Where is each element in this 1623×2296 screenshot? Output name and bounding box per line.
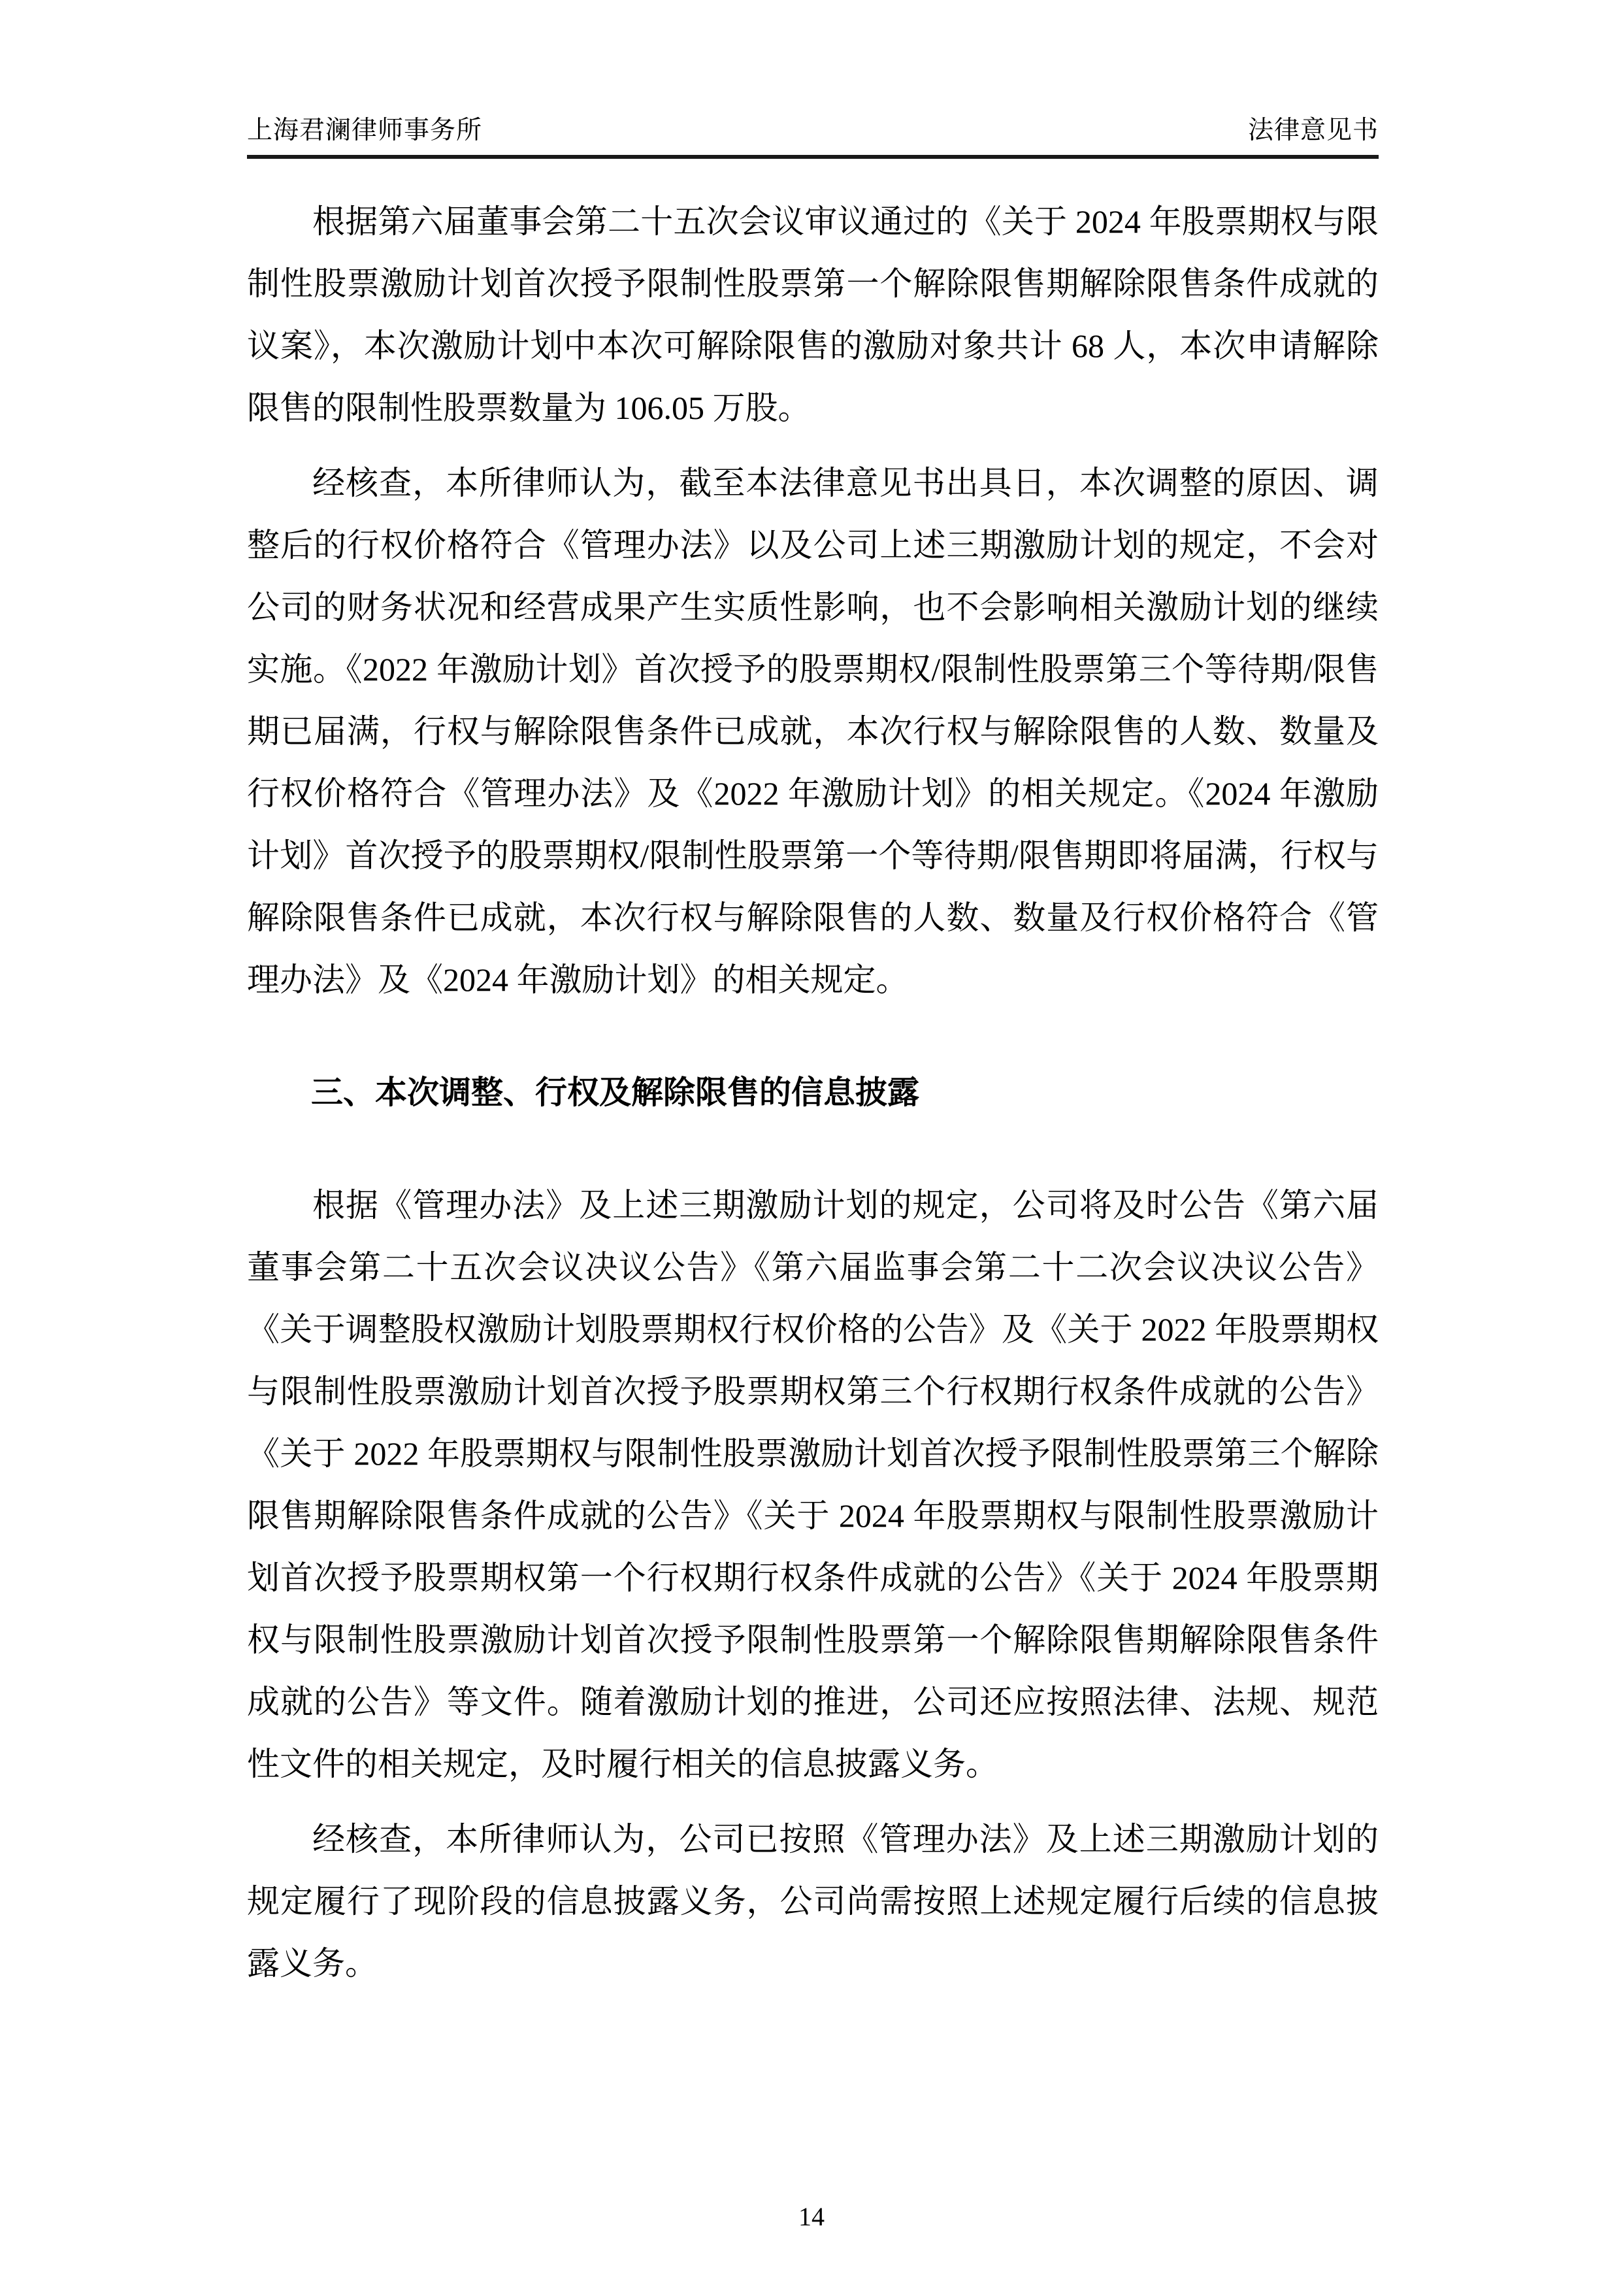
page-number: 14 xyxy=(798,2202,825,2231)
header-firm-name: 上海君澜律师事务所 xyxy=(247,115,482,146)
document-page: 上海君澜律师事务所 法律意见书 根据第六届董事会第二十五次会议审议通过的《关于 … xyxy=(0,0,1623,2296)
page-footer: 14 xyxy=(0,2201,1623,2233)
paragraph-lawyer-opinion-disclosure: 经核查，本所律师认为，公司已按照《管理办法》及上述三期激励计划的规定履行了现阶段… xyxy=(247,1808,1379,1995)
paragraph-lawyer-opinion-adjustment: 经核查，本所律师认为，截至本法律意见书出具日，本次调整的原因、调整后的行权价格符… xyxy=(247,452,1379,1011)
paragraph-resolution-summary: 根据第六届董事会第二十五次会议审议通过的《关于 2024 年股票期权与限制性股票… xyxy=(247,191,1379,439)
page-header: 上海君澜律师事务所 法律意见书 xyxy=(247,115,1379,159)
section-heading-disclosure: 三、本次调整、行权及解除限售的信息披露 xyxy=(247,1067,1379,1119)
paragraph-disclosure-announcements: 根据《管理办法》及上述三期激励计划的规定，公司将及时公告《第六届董事会第二十五次… xyxy=(247,1174,1379,1795)
document-body: 根据第六届董事会第二十五次会议审议通过的《关于 2024 年股票期权与限制性股票… xyxy=(247,191,1379,2008)
header-doc-type: 法律意见书 xyxy=(1248,115,1379,146)
